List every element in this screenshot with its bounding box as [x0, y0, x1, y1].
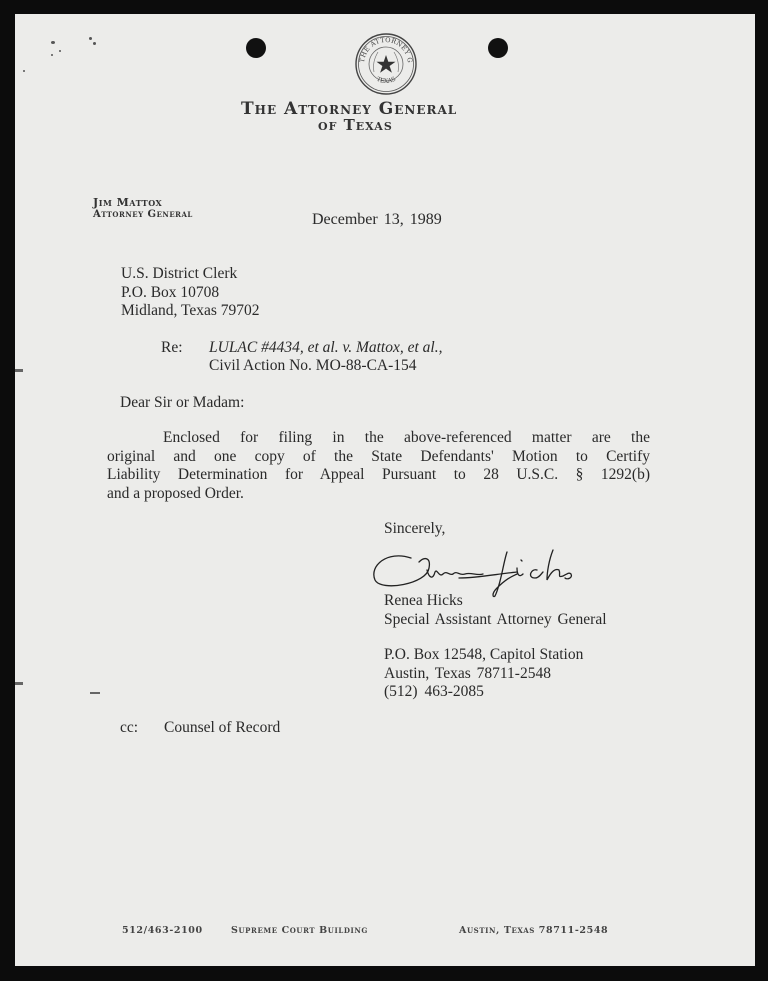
body-line: original and one copy of the State Defen… [107, 448, 650, 467]
scan-speck [23, 70, 25, 72]
recipient-address: U.S. District Clerk P.O. Box 10708 Midla… [121, 265, 260, 321]
scan-mark [15, 369, 23, 372]
salutation: Dear Sir or Madam: [120, 394, 244, 413]
recipient-line2: P.O. Box 10708 [121, 284, 260, 303]
letter-date: December 13, 1989 [312, 211, 442, 229]
scan-mark [15, 682, 23, 685]
scan-speck [59, 50, 61, 52]
footer-phone: 512/463-2100 [122, 925, 203, 936]
scan-speck [93, 42, 96, 45]
scan-mark [90, 692, 100, 694]
recipient-line3: Midland, Texas 79702 [121, 302, 260, 321]
re-label: Re: [161, 339, 183, 358]
cc-label: cc: [120, 719, 138, 738]
footer-city: Austin, Texas 78711-2548 [459, 925, 608, 936]
signer-phone: (512) 463-2085 [384, 683, 583, 702]
signer-block: Renea Hicks Special Assistant Attorney G… [384, 592, 607, 629]
signer-address-line1: P.O. Box 12548, Capitol Station [384, 646, 583, 665]
body-line: Liability Determination for Appeal Pursu… [107, 466, 650, 485]
attorney-general-seal: THE ATTORNEY GENERAL TEXAS [354, 32, 418, 96]
svg-text:THE ATTORNEY GENERAL: THE ATTORNEY GENERAL [354, 32, 414, 64]
scan-speck [51, 41, 55, 44]
star-icon [377, 55, 396, 73]
letterhead-subtitle: of Texas [318, 116, 393, 134]
scan-speck [51, 54, 53, 56]
footer-building: Supreme Court Building [231, 925, 368, 936]
scan-speck [89, 37, 92, 40]
sender-title: Attorney General [93, 209, 193, 220]
recipient-line1: U.S. District Clerk [121, 265, 260, 284]
body-line: Enclosed for filing in the above-referen… [163, 429, 650, 448]
body-line: and a proposed Order. [107, 485, 650, 504]
sender-name: Jim Mattox [93, 196, 162, 209]
punch-hole-left [246, 38, 266, 58]
signer-name: Renea Hicks [384, 592, 607, 611]
re-case-name: LULAC #4434, et al. v. Mattox, et al., [209, 339, 442, 358]
seal-icon: THE ATTORNEY GENERAL TEXAS [354, 32, 418, 96]
signer-address: P.O. Box 12548, Capitol Station Austin, … [384, 646, 583, 702]
cc-value: Counsel of Record [164, 719, 280, 738]
signer-address-line2: Austin, Texas 78711-2548 [384, 665, 583, 684]
svg-text:TEXAS: TEXAS [375, 76, 397, 85]
signer-title: Special Assistant Attorney General [384, 611, 607, 630]
re-civil-action: Civil Action No. MO-88-CA-154 [209, 357, 417, 376]
body-paragraph: Enclosed for filing in the above-referen… [107, 429, 650, 503]
punch-hole-right [488, 38, 508, 58]
valediction: Sincerely, [384, 520, 445, 539]
letter-page: THE ATTORNEY GENERAL TEXAS The Attorney … [15, 14, 755, 966]
